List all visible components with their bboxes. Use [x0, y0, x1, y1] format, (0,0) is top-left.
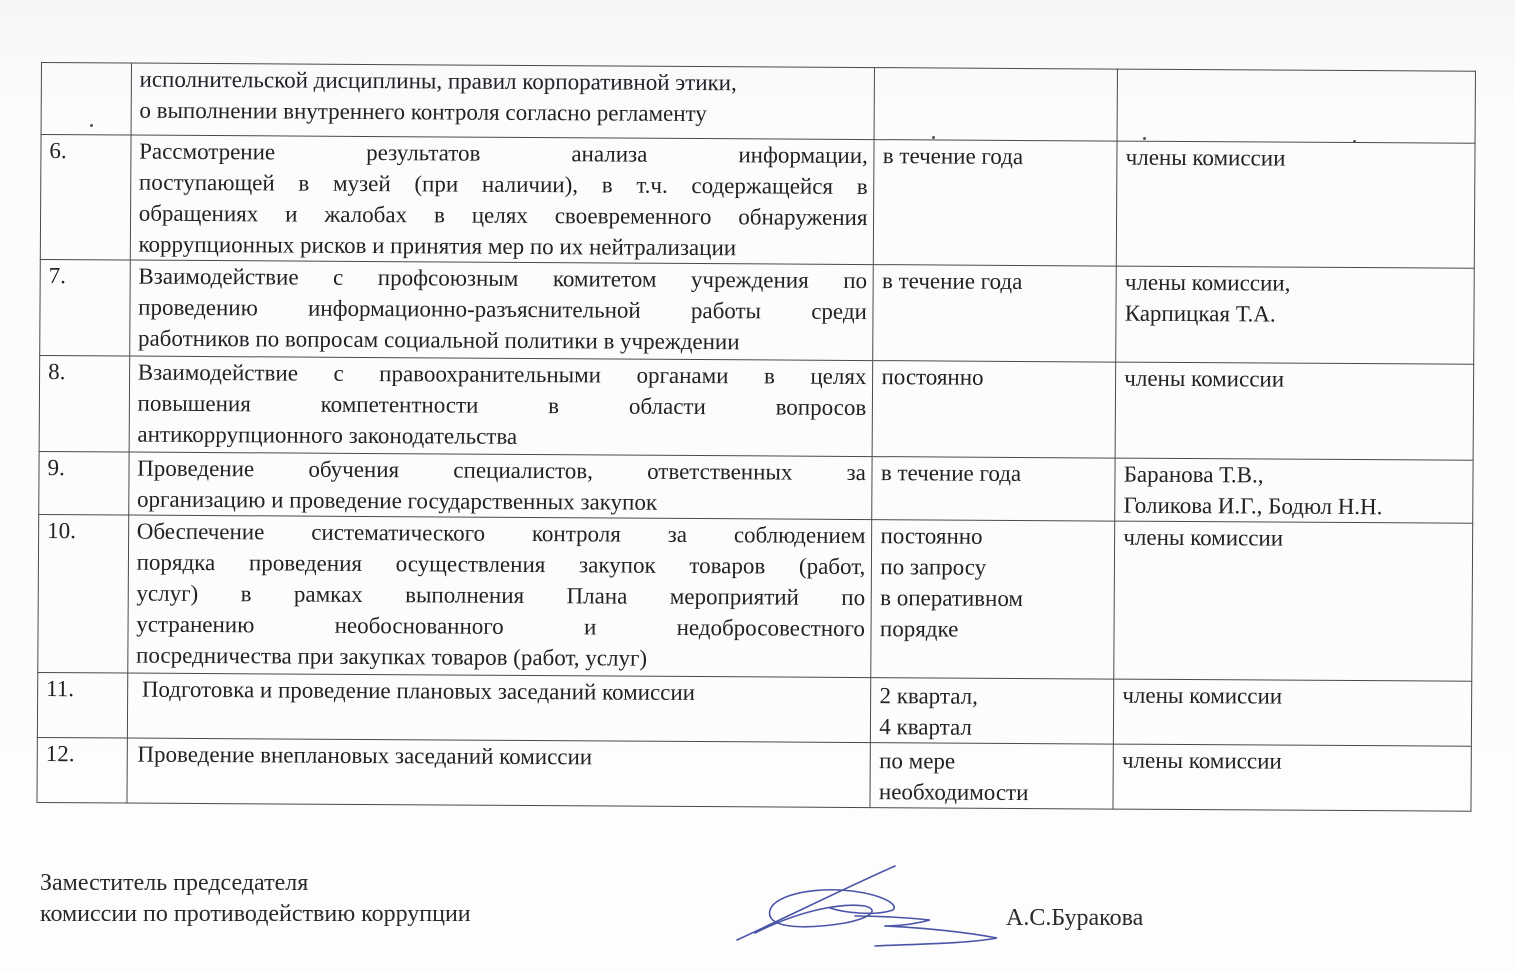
row-term: постоянно по запросу в оперативном поряд… — [871, 520, 1115, 679]
row-responsible: члены комиссии, Карпицкая Т.А. — [1116, 266, 1474, 364]
row-term: в течение года — [872, 457, 1115, 521]
row-number: 12. — [37, 737, 127, 803]
row-responsible: члены комиссии — [1114, 521, 1473, 681]
table-row: 9. Проведение обучения специалистов, отв… — [39, 451, 1473, 523]
table-row: 6. Рассмотрение результатов анализа инфо… — [40, 135, 1475, 269]
row-number: 10. — [38, 514, 129, 673]
scan-speck — [932, 136, 935, 139]
row-description: Обеспечение систематического контроля за… — [127, 515, 872, 678]
row-number: 8. — [39, 355, 129, 452]
row-term — [874, 68, 1117, 141]
row-description: Взаимодействие с правоохранительными орг… — [129, 356, 873, 457]
row-responsible: члены комиссии — [1114, 679, 1472, 746]
row-responsible: члены комиссии — [1117, 141, 1476, 268]
row-number: 9. — [39, 451, 129, 515]
row-description: Рассмотрение результатов анализа информа… — [130, 135, 874, 265]
row-term: в течение года — [874, 140, 1118, 266]
row-description: Взаимодействие с профсоюзным комитетом у… — [129, 260, 873, 361]
table-row: 8. Взаимодействие с правоохранительными … — [39, 355, 1474, 460]
scan-speck — [90, 124, 93, 127]
row-number: 6. — [40, 135, 130, 261]
table-row: 7. Взаимодействие с профсоюзным комитето… — [40, 259, 1475, 364]
row-description: Подготовка и проведение плановых заседан… — [127, 673, 871, 743]
table-row: исполнительской дисциплины, правил корпо… — [41, 63, 1475, 144]
table-row: 12. Проведение внеплановых заседаний ком… — [37, 737, 1471, 811]
row-responsible: Баранова Т.В., Голикова И.Г., Бодюл Н.Н. — [1115, 458, 1473, 523]
row-description: Проведение обучения специалистов, ответс… — [128, 452, 872, 520]
table-row: 11. Подготовка и проведение плановых зас… — [37, 672, 1471, 746]
row-term: 2 квартал, 4 квартал — [871, 678, 1114, 744]
row-term: постоянно — [872, 361, 1115, 458]
row-responsible — [1117, 69, 1475, 143]
row-responsible: члены комиссии — [1115, 362, 1473, 460]
row-description: исполнительской дисциплины, правил корпо… — [131, 63, 875, 140]
action-plan-table: исполнительской дисциплины, правил корпо… — [36, 62, 1475, 812]
handwritten-signature-icon — [725, 858, 1005, 948]
row-number: 11. — [37, 672, 127, 738]
signatory-name: А.С.Буракова — [1006, 905, 1143, 932]
row-number — [41, 63, 131, 136]
row-number: 7. — [40, 259, 130, 356]
row-description: Проведение внеплановых заседаний комисси… — [127, 738, 871, 808]
scan-speck — [1353, 140, 1356, 143]
scan-speck — [1143, 137, 1146, 140]
table-row: 10. Обеспечение систематического контрол… — [38, 514, 1473, 681]
row-term: по мере необходимости — [870, 743, 1113, 809]
signatory-position: Заместитель председателя комиссии по про… — [40, 868, 471, 930]
document-page: исполнительской дисциплины, правил корпо… — [0, 0, 1515, 971]
row-responsible: члены комиссии — [1113, 744, 1471, 811]
row-term: в течение года — [873, 265, 1116, 362]
